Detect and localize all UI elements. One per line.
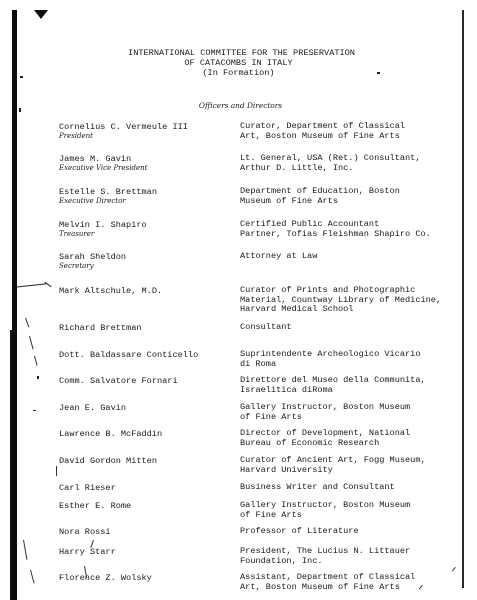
member-role: Executive Vice President <box>59 164 147 173</box>
member-role: Executive Director <box>59 197 126 206</box>
member-name: Sarah Sheldon <box>59 252 126 262</box>
document-header: INTERNATIONAL COMMITTEE FOR THE PRESERVA… <box>0 48 477 78</box>
member-name: Carl Rieser <box>59 483 116 493</box>
member-affiliation: Assistant, Department of Classical Art, … <box>240 573 415 592</box>
scan-stroke <box>452 567 456 571</box>
member-role: Treasurer <box>59 230 94 239</box>
member-name: Esther E. Rome <box>59 501 131 511</box>
scan-stroke <box>25 318 29 328</box>
scan-stroke <box>29 336 34 350</box>
scan-border-left-inner <box>10 330 13 600</box>
scan-speck <box>33 410 36 411</box>
section-subtitle: Officers and Directors <box>0 101 477 110</box>
scan-stroke <box>34 356 38 366</box>
scan-stroke <box>56 466 57 476</box>
member-name: James M. Gavin <box>59 154 131 164</box>
member-affiliation: Direttore del Museo della Communita, Isr… <box>240 376 426 395</box>
member-role: Secretary <box>59 262 94 271</box>
scan-border-right <box>462 10 464 588</box>
member-affiliation: Gallery Instructor, Boston Museum of Fin… <box>240 403 410 422</box>
member-affiliation: Department of Education, Boston Museum o… <box>240 187 400 206</box>
member-name: Nora Rossi <box>59 527 111 537</box>
scan-stroke <box>23 540 27 560</box>
member-name: David Gordon Mitten <box>59 456 157 466</box>
member-name: Comm. Salvatore Fornari <box>59 376 178 386</box>
member-name: Cornelius C. Vermeule III <box>59 122 188 132</box>
member-affiliation: Certified Public Accountant Partner, Tof… <box>240 220 431 239</box>
member-affiliation: Curator, Department of Classical Art, Bo… <box>240 122 405 141</box>
member-name: Florence Z. Wolsky <box>59 573 152 583</box>
member-affiliation: President, The Lucius N. Littauer Founda… <box>240 547 410 566</box>
member-name: Mark Altschule, M.D. <box>59 286 162 296</box>
member-name: Estelle S. Brettman <box>59 187 157 197</box>
scan-stroke <box>419 585 423 589</box>
member-name: Melvin I. Shapiro <box>59 220 147 230</box>
member-affiliation: Lt. General, USA (Ret.) Consultant, Arth… <box>240 154 421 173</box>
member-affiliation: Suprintendente Archeologico Vicario di R… <box>240 350 421 369</box>
member-affiliation: Gallery Instructor, Boston Museum of Fin… <box>240 501 410 520</box>
member-affiliation: Curator of Prints and Photographic Mater… <box>240 286 441 315</box>
scanned-document-page: INTERNATIONAL COMMITTEE FOR THE PRESERVA… <box>0 0 477 600</box>
member-affiliation: Business Writer and Consultant <box>240 483 395 493</box>
member-name: Dott. Baldassare Conticello <box>59 350 198 360</box>
scan-speck <box>16 283 46 287</box>
header-line-3: (In Formation) <box>0 68 477 78</box>
header-line-2: OF CATACOMBS IN ITALY <box>0 58 477 68</box>
scan-speck <box>44 282 51 287</box>
member-affiliation: Professor of Literature <box>240 527 359 537</box>
member-name: Harry Starr <box>59 547 116 557</box>
member-name: Lawrence B. McFaddin <box>59 429 162 439</box>
scan-speck <box>37 376 39 379</box>
member-role: President <box>59 132 93 141</box>
corner-mark-icon <box>34 10 48 19</box>
member-affiliation: Director of Development, National Bureau… <box>240 429 410 448</box>
header-line-1: INTERNATIONAL COMMITTEE FOR THE PRESERVA… <box>0 48 477 58</box>
member-affiliation: Consultant <box>240 323 292 333</box>
scan-stroke <box>30 570 35 584</box>
member-name: Richard Brettman <box>59 323 142 333</box>
member-name: Jean E. Gavin <box>59 403 126 413</box>
member-affiliation: Curator of Ancient Art, Fogg Museum, Har… <box>240 456 426 475</box>
member-affiliation: Attorney at Law <box>240 252 317 262</box>
